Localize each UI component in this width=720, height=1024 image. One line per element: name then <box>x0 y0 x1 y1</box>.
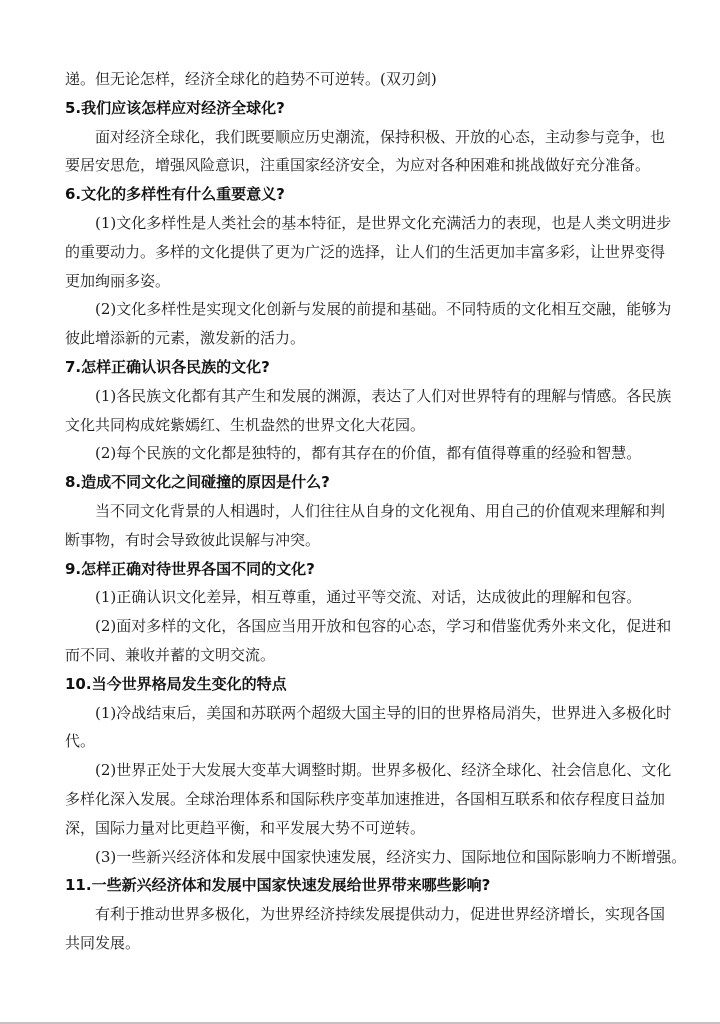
text-line: 断事物，有时会导致彼此误解与冲突。 <box>65 526 657 555</box>
text-line: 文化共同构成姹紫嫣红、生机盎然的世界文化大花园。 <box>65 411 657 440</box>
question-heading-6: 6.文化的多样性有什么重要意义? <box>65 180 657 209</box>
text-line: 的重要动力。多样的文化提供了更为广泛的选择，让人们的生活更加丰富多彩，让世界变得 <box>65 238 657 267</box>
text-line: 面对经济全球化，我们既要顺应历史潮流，保持积极、开放的心态，主动参与竞争，也 <box>65 123 657 152</box>
text-line: 递。但无论怎样，经济全球化的趋势不可逆转。(双刃剑) <box>65 65 657 94</box>
text-line: 彼此增添新的元素，激发新的活力。 <box>65 324 657 353</box>
text-line: 深，国际力量对比更趋平衡，和平发展大势不可逆转。 <box>65 814 657 843</box>
answer-paragraph-5: 面对经济全球化，我们既要顺应历史潮流，保持积极、开放的心态，主动参与竞争，也 要… <box>65 123 657 181</box>
text-line: (1)各民族文化都有其产生和发展的渊源，表达了人们对世界特有的理解与情感。各民族 <box>65 382 657 411</box>
question-heading-10: 10.当今世界格局发生变化的特点 <box>65 670 657 699</box>
question-heading-9: 9.怎样正确对待世界各国不同的文化? <box>65 555 657 584</box>
answer-paragraph-8: 当不同文化背景的人相遇时，人们往往从自身的文化视角、用自己的价值观来理解和判 断… <box>65 497 657 555</box>
question-heading-11: 11.一些新兴经济体和发展中国家快速发展给世界带来哪些影响? <box>65 871 657 900</box>
answer-paragraph-7-2: (2)每个民族的文化都是独特的，都有其存在的价值，都有值得尊重的经验和智慧。 <box>65 439 657 468</box>
text-line: 代。 <box>65 727 657 756</box>
text-line: (2)世界正处于大发展大变革大调整时期。世界多极化、经济全球化、社会信息化、文化 <box>65 756 657 785</box>
answer-paragraph-7-1: (1)各民族文化都有其产生和发展的渊源，表达了人们对世界特有的理解与情感。各民族… <box>65 382 657 440</box>
question-heading-7: 7.怎样正确认识各民族的文化? <box>65 353 657 382</box>
text-line: 有利于推动世界多极化，为世界经济持续发展提供动力，促进世界经济增长，实现各国 <box>65 900 657 929</box>
text-line: (3)一些新兴经济体和发展中国家快速发展，经济实力、国际地位和国际影响力不断增强… <box>65 843 657 872</box>
text-line: 当不同文化背景的人相遇时，人们往往从自身的文化视角、用自己的价值观来理解和判 <box>65 497 657 526</box>
text-line: (1)正确认识文化差异，相互尊重，通过平等交流、对话，达成彼此的理解和包容。 <box>65 583 657 612</box>
text-line: 共同发展。 <box>65 929 657 958</box>
text-line: 要居安思危，增强风险意识，注重国家经济安全，为应对各种困难和挑战做好充分准备。 <box>65 151 657 180</box>
answer-paragraph-10-3: (3)一些新兴经济体和发展中国家快速发展，经济实力、国际地位和国际影响力不断增强… <box>65 843 657 872</box>
text-line: 多样化深入发展。全球治理体系和国际秩序变革加速推进，各国相互联系和依存程度日益加 <box>65 785 657 814</box>
answer-paragraph-9-2: (2)面对多样的文化，各国应当用开放和包容的心态，学习和借鉴优秀外来文化，促进和… <box>65 612 657 670</box>
answer-paragraph-11: 有利于推动世界多极化，为世界经济持续发展提供动力，促进世界经济增长，实现各国 共… <box>65 900 657 958</box>
answer-paragraph-10-1: (1)冷战结束后，美国和苏联两个超级大国主导的旧的世界格局消失，世界进入多极化时… <box>65 699 657 757</box>
text-line: 而不同、兼收并蓄的文明交流。 <box>65 641 657 670</box>
text-line: (2)面对多样的文化，各国应当用开放和包容的心态，学习和借鉴优秀外来文化，促进和 <box>65 612 657 641</box>
question-heading-5: 5.我们应该怎样应对经济全球化? <box>65 94 657 123</box>
text-line: (1)文化多样性是人类社会的基本特征，是世界文化充满活力的表现，也是人类文明进步 <box>65 209 657 238</box>
answer-paragraph-10-2: (2)世界正处于大发展大变革大调整时期。世界多极化、经济全球化、社会信息化、文化… <box>65 756 657 842</box>
question-heading-8: 8.造成不同文化之间碰撞的原因是什么? <box>65 468 657 497</box>
answer-paragraph-6-2: (2)文化多样性是实现文化创新与发展的前提和基础。不同特质的文化相互交融，能够为… <box>65 295 657 353</box>
text-line: (2)每个民族的文化都是独特的，都有其存在的价值，都有值得尊重的经验和智慧。 <box>65 439 657 468</box>
text-line: (2)文化多样性是实现文化创新与发展的前提和基础。不同特质的文化相互交融，能够为 <box>65 295 657 324</box>
text-line: 更加绚丽多姿。 <box>65 267 657 296</box>
text-line: (1)冷战结束后，美国和苏联两个超级大国主导的旧的世界格局消失，世界进入多极化时 <box>65 699 657 728</box>
answer-paragraph-6-1: (1)文化多样性是人类社会的基本特征，是世界文化充满活力的表现，也是人类文明进步… <box>65 209 657 295</box>
document-page: 递。但无论怎样，经济全球化的趋势不可逆转。(双刃剑) 5.我们应该怎样应对经济全… <box>65 65 657 958</box>
answer-paragraph-9-1: (1)正确认识文化差异，相互尊重，通过平等交流、对话，达成彼此的理解和包容。 <box>65 583 657 612</box>
paragraph-continuation: 递。但无论怎样，经济全球化的趋势不可逆转。(双刃剑) <box>65 65 657 94</box>
